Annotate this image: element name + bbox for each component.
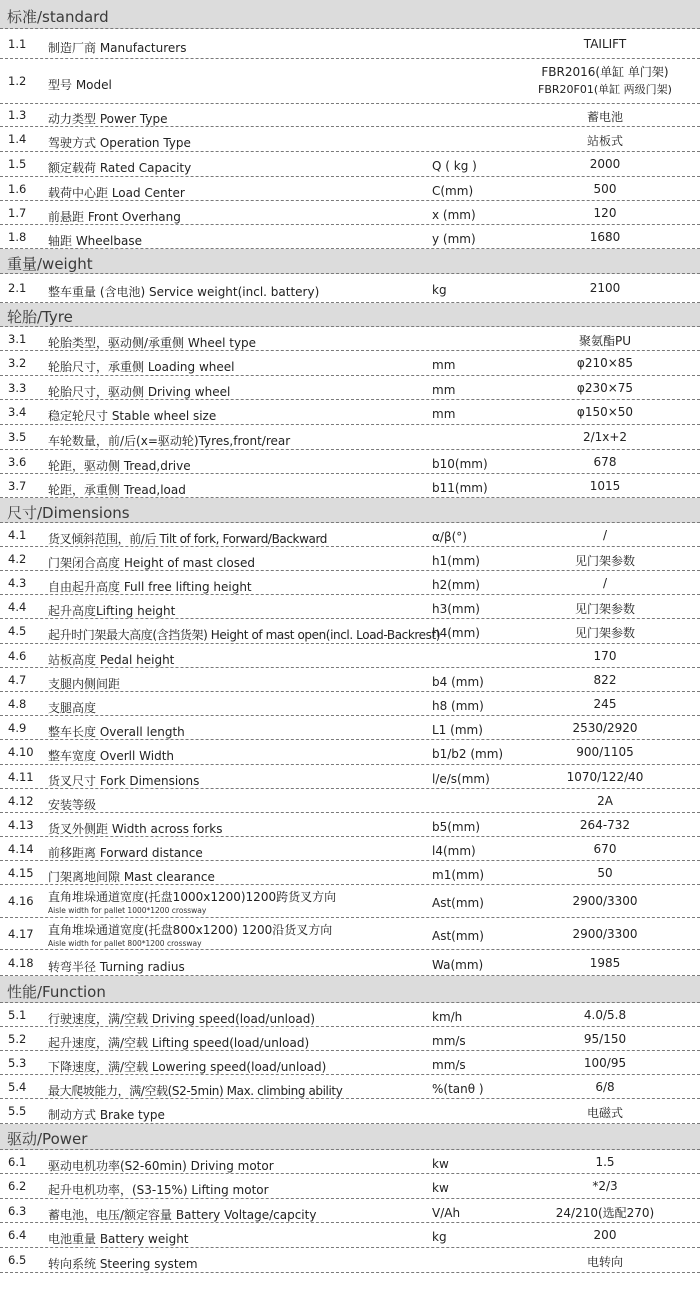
- spec-row: 1.5额定载荷 Rated CapacityQ ( kg )2000: [0, 152, 700, 177]
- row-value: 见门架参数: [520, 624, 690, 641]
- row-description: 转向系统 Steering system: [48, 1255, 198, 1272]
- spec-row: 5.1行驶速度，满/空载 Driving speed(load/unload)k…: [0, 1003, 700, 1027]
- row-description: 轴距 Wheelbase: [48, 232, 142, 249]
- row-value: 蓄电池: [520, 108, 690, 125]
- spec-row: 4.15门架离地间隙 Mast clearancem1(mm)50: [0, 861, 700, 885]
- spec-row: 1.6载荷中心距 Load CenterC(mm)500: [0, 177, 700, 201]
- spec-row: 4.14前移距离 Forward distancel4(mm)670: [0, 837, 700, 861]
- spec-row: 6.4电池重量 Battery weightkg200: [0, 1223, 700, 1248]
- spec-row: 4.16直角堆垛通道宽度(托盘1000x1200)1200跨货叉方向Aisle …: [0, 885, 700, 918]
- row-value: 6/8: [520, 1080, 690, 1094]
- spec-row: 3.4稳定轮尺寸 Stable wheel sizemmφ150×50: [0, 400, 700, 425]
- row-description: 轮胎尺寸，承重侧 Loading wheel: [48, 358, 235, 375]
- section-title: 性能/Function: [7, 981, 106, 1002]
- spec-row: 6.1驱动电机功率(S2-60min) Driving motorkw1.5: [0, 1150, 700, 1174]
- spec-row: 5.3下降速度，满/空载 Lowering speed(load/unload)…: [0, 1051, 700, 1075]
- spec-row: 3.7轮距，承重侧 Tread,loadb11(mm)1015: [0, 474, 700, 498]
- row-number: 6.2: [8, 1179, 26, 1193]
- row-number: 3.1: [8, 332, 26, 346]
- row-value: 170: [520, 649, 690, 663]
- value-line-1: FBR2016(单缸 单门架): [541, 65, 668, 79]
- row-unit: kw: [432, 1181, 449, 1195]
- row-description: 支腿高度: [48, 699, 96, 716]
- row-description: 起升时门架最大高度(含挡货架) Height of mast open(incl…: [48, 626, 440, 643]
- description-sub: Aisle width for pallet 1000*1200 crosswa…: [48, 906, 336, 915]
- row-unit: h4(mm): [432, 626, 480, 640]
- row-value: /: [520, 528, 690, 542]
- row-value: 电转向: [520, 1253, 690, 1270]
- row-value: 200: [520, 1228, 690, 1242]
- row-value: 245: [520, 697, 690, 711]
- section-header: 轮胎/Tyre: [0, 303, 700, 327]
- spec-row: 5.5制动方式 Brake type电磁式: [0, 1099, 700, 1124]
- section-header: 尺寸/Dimensions: [0, 498, 700, 523]
- row-number: 4.15: [8, 866, 34, 880]
- section-title: 重量/weight: [7, 253, 93, 274]
- row-description: 自由起升高度 Full free lifting height: [48, 578, 252, 595]
- spec-row: 2.1整车重量 (含电池) Service weight(incl. batte…: [0, 274, 700, 303]
- spec-row: 5.4最大爬坡能力，满/空载(S2-5min) Max. climbing ab…: [0, 1075, 700, 1099]
- row-description: 整车重量 (含电池) Service weight(incl. battery): [48, 283, 319, 300]
- spec-row: 1.8轴距 Wheelbasey (mm)1680: [0, 225, 700, 249]
- row-number: 3.7: [8, 479, 26, 493]
- spec-row: 4.6站板高度 Pedal height170: [0, 644, 700, 668]
- spec-row: 4.2门架闭合高度 Height of mast closedh1(mm)见门架…: [0, 547, 700, 571]
- row-description: 驾驶方式 Operation Type: [48, 134, 191, 151]
- spec-row: 4.18转弯半径 Turning radiusWa(mm)1985: [0, 950, 700, 976]
- row-number: 4.9: [8, 721, 26, 735]
- spec-row: 6.5转向系统 Steering system电转向: [0, 1248, 700, 1273]
- value-line-2: FBR20F01(单缸 两级门架): [520, 81, 690, 98]
- row-number: 5.2: [8, 1032, 26, 1046]
- spec-row: 1.3动力类型 Power Type蓄电池: [0, 104, 700, 127]
- row-number: 4.3: [8, 576, 26, 590]
- row-unit: b4 (mm): [432, 675, 484, 689]
- row-number: 2.1: [8, 281, 26, 295]
- row-value: φ210×85: [520, 356, 690, 370]
- row-value: 822: [520, 673, 690, 687]
- row-number: 4.17: [8, 927, 34, 941]
- row-description: 起升高度Lifting height: [48, 602, 175, 619]
- spec-row: 3.2轮胎尺寸，承重侧 Loading wheelmmφ210×85: [0, 351, 700, 376]
- row-number: 4.1: [8, 528, 26, 542]
- row-description: 站板高度 Pedal height: [48, 651, 174, 668]
- spec-row: 3.1轮胎类型，驱动侧/承重侧 Wheel type聚氨酯PU: [0, 327, 700, 351]
- description-main: 直角堆垛通道宽度(托盘1000x1200)1200跨货叉方向: [48, 890, 336, 904]
- row-number: 4.4: [8, 600, 26, 614]
- row-value: 1015: [520, 479, 690, 493]
- row-value: 2900/3300: [520, 894, 690, 908]
- row-number: 4.8: [8, 697, 26, 711]
- spec-row: 4.5起升时门架最大高度(含挡货架) Height of mast open(i…: [0, 619, 700, 644]
- row-unit: kg: [432, 283, 447, 297]
- section-title: 标准/standard: [7, 6, 109, 27]
- row-description: 货叉倾斜范围，前/后 Tilt of fork, Forward/Backwar…: [48, 530, 327, 547]
- spec-row: 4.4起升高度Lifting heighth3(mm)见门架参数: [0, 595, 700, 619]
- section-header: 标准/standard: [0, 0, 700, 29]
- row-value: 1.5: [520, 1155, 690, 1169]
- spec-row: 4.12安装等级2A: [0, 789, 700, 813]
- row-value: 4.0/5.8: [520, 1008, 690, 1022]
- row-unit: C(mm): [432, 184, 473, 198]
- row-value: 95/150: [520, 1032, 690, 1046]
- row-number: 4.16: [8, 894, 34, 908]
- row-value: 电磁式: [520, 1104, 690, 1121]
- row-value: 1680: [520, 230, 690, 244]
- row-description: 起升电机功率，(S3-15%) Lifting motor: [48, 1181, 269, 1198]
- row-unit: h1(mm): [432, 554, 480, 568]
- row-unit: m1(mm): [432, 868, 484, 882]
- row-unit: mm: [432, 407, 455, 421]
- row-unit: mm/s: [432, 1058, 466, 1072]
- row-unit: Ast(mm): [432, 896, 484, 910]
- row-value: 24/210(选配270): [520, 1204, 690, 1221]
- row-number: 3.6: [8, 455, 26, 469]
- row-value: 聚氨酯PU: [520, 332, 690, 349]
- row-value: 2000: [520, 157, 690, 171]
- row-number: 4.6: [8, 649, 26, 663]
- row-unit: b11(mm): [432, 481, 488, 495]
- row-value: 50: [520, 866, 690, 880]
- row-unit: kw: [432, 1157, 449, 1171]
- row-description: 门架离地间隙 Mast clearance: [48, 868, 215, 885]
- row-number: 1.7: [8, 206, 26, 220]
- row-value: 900/1105: [520, 745, 690, 759]
- spec-row: 1.4驾驶方式 Operation Type站板式: [0, 127, 700, 152]
- row-number: 4.12: [8, 794, 34, 808]
- section-title: 轮胎/Tyre: [7, 306, 73, 327]
- row-description: 直角堆垛通道宽度(托盘1000x1200)1200跨货叉方向Aisle widt…: [48, 888, 336, 915]
- row-unit: y (mm): [432, 232, 476, 246]
- row-unit: x (mm): [432, 208, 476, 222]
- row-value: 2A: [520, 794, 690, 808]
- row-description: 轮距，驱动侧 Tread,drive: [48, 457, 191, 474]
- section-header: 驱动/Power: [0, 1124, 700, 1150]
- row-unit: h8 (mm): [432, 699, 484, 713]
- row-number: 4.13: [8, 818, 34, 832]
- row-number: 3.4: [8, 405, 26, 419]
- row-description: 转弯半径 Turning radius: [48, 958, 185, 975]
- spec-row: 4.13货叉外侧距 Width across forksb5(mm)264-73…: [0, 813, 700, 837]
- spec-row: 4.7支腿内侧间距b4 (mm)822: [0, 668, 700, 692]
- row-number: 5.1: [8, 1008, 26, 1022]
- row-unit: b10(mm): [432, 457, 488, 471]
- row-description: 门架闭合高度 Height of mast closed: [48, 554, 255, 571]
- row-number: 6.1: [8, 1155, 26, 1169]
- row-value: 2530/2920: [520, 721, 690, 735]
- row-value: 670: [520, 842, 690, 856]
- row-value: 1070/122/40: [520, 770, 690, 784]
- section-title: 驱动/Power: [7, 1128, 87, 1149]
- spec-row: 4.9整车长度 Overall lengthL1 (mm)2530/2920: [0, 716, 700, 740]
- section-header: 重量/weight: [0, 249, 700, 274]
- row-unit: h3(mm): [432, 602, 480, 616]
- description-sub: Aisle width for pallet 800*1200 crossway: [48, 939, 332, 948]
- row-unit: Q ( kg ): [432, 159, 477, 173]
- row-value: FBR2016(单缸 单门架)FBR20F01(单缸 两级门架): [520, 64, 690, 98]
- section-title: 尺寸/Dimensions: [7, 502, 130, 523]
- row-number: 5.5: [8, 1104, 26, 1118]
- row-number: 1.5: [8, 157, 26, 171]
- row-number: 5.3: [8, 1056, 26, 1070]
- description-main: 直角堆垛通道宽度(托盘800x1200) 1200沿货叉方向: [48, 923, 332, 937]
- row-description: 轮距，承重侧 Tread,load: [48, 481, 186, 498]
- row-number: 4.7: [8, 673, 26, 687]
- row-description: 轮胎类型，驱动侧/承重侧 Wheel type: [48, 334, 256, 351]
- row-value: 2900/3300: [520, 927, 690, 941]
- row-unit: mm/s: [432, 1034, 466, 1048]
- spec-row: 4.3自由起升高度 Full free lifting heighth2(mm)…: [0, 571, 700, 595]
- row-number: 4.14: [8, 842, 34, 856]
- row-number: 3.3: [8, 381, 26, 395]
- row-unit: mm: [432, 383, 455, 397]
- row-value: TAILIFT: [520, 37, 690, 51]
- row-number: 5.4: [8, 1080, 26, 1094]
- spec-row: 4.17直角堆垛通道宽度(托盘800x1200) 1200沿货叉方向Aisle …: [0, 918, 700, 950]
- row-value: 264-732: [520, 818, 690, 832]
- row-number: 3.2: [8, 356, 26, 370]
- row-unit: L1 (mm): [432, 723, 483, 737]
- row-description: 起升速度，满/空载 Lifting speed(load/unload): [48, 1034, 309, 1051]
- row-number: 4.10: [8, 745, 34, 759]
- row-number: 4.2: [8, 552, 26, 566]
- row-number: 1.3: [8, 108, 26, 122]
- row-unit: l/e/s(mm): [432, 772, 490, 786]
- section-header: 性能/Function: [0, 976, 700, 1003]
- row-unit: V/Ah: [432, 1206, 460, 1220]
- row-unit: Wa(mm): [432, 958, 483, 972]
- row-description: 直角堆垛通道宽度(托盘800x1200) 1200沿货叉方向Aisle widt…: [48, 921, 332, 948]
- row-value: *2/3: [520, 1179, 690, 1193]
- row-description: 轮胎尺寸，驱动侧 Driving wheel: [48, 383, 230, 400]
- spec-row: 3.3轮胎尺寸，驱动侧 Driving wheelmmφ230×75: [0, 376, 700, 400]
- row-number: 1.4: [8, 132, 26, 146]
- row-unit: b5(mm): [432, 820, 480, 834]
- row-number: 3.5: [8, 430, 26, 444]
- row-description: 型号 Model: [48, 76, 112, 93]
- spec-row: 1.1制造厂商 ManufacturersTAILIFT: [0, 29, 700, 59]
- row-description: 蓄电池，电压/额定容量 Battery Voltage/capcity: [48, 1206, 316, 1223]
- row-description: 最大爬坡能力，满/空载(S2-5min) Max. climbing abili…: [48, 1082, 342, 1099]
- row-number: 4.18: [8, 956, 34, 970]
- row-value: /: [520, 576, 690, 590]
- spec-row: 4.1货叉倾斜范围，前/后 Tilt of fork, Forward/Back…: [0, 523, 700, 547]
- row-description: 整车长度 Overall length: [48, 723, 185, 740]
- row-unit: b1/b2 (mm): [432, 747, 503, 761]
- row-description: 驱动电机功率(S2-60min) Driving motor: [48, 1157, 274, 1174]
- row-value: 500: [520, 182, 690, 196]
- row-description: 前移距离 Forward distance: [48, 844, 203, 861]
- row-value: 见门架参数: [520, 552, 690, 569]
- row-description: 前悬距 Front Overhang: [48, 208, 181, 225]
- row-description: 动力类型 Power Type: [48, 110, 167, 127]
- row-description: 电池重量 Battery weight: [48, 1230, 189, 1247]
- row-number: 4.11: [8, 770, 34, 784]
- row-description: 整车宽度 Overll Width: [48, 747, 174, 764]
- spec-row: 4.8支腿高度h8 (mm)245: [0, 692, 700, 716]
- row-unit: Ast(mm): [432, 929, 484, 943]
- row-number: 1.6: [8, 182, 26, 196]
- row-value: 1985: [520, 956, 690, 970]
- spec-row: 4.11货叉尺寸 Fork Dimensionsl/e/s(mm)1070/12…: [0, 765, 700, 789]
- row-number: 1.8: [8, 230, 26, 244]
- row-description: 额定载荷 Rated Capacity: [48, 159, 191, 176]
- row-value: 见门架参数: [520, 600, 690, 617]
- spec-row: 4.10整车宽度 Overll Widthb1/b2 (mm)900/1105: [0, 740, 700, 765]
- row-unit: km/h: [432, 1010, 462, 1024]
- row-number: 6.4: [8, 1228, 26, 1242]
- spec-sheet: 标准/standard1.1制造厂商 ManufacturersTAILIFT1…: [0, 0, 700, 1292]
- row-number: 6.3: [8, 1204, 26, 1218]
- spec-row: 6.2起升电机功率，(S3-15%) Lifting motorkw*2/3: [0, 1174, 700, 1199]
- row-description: 下降速度，满/空载 Lowering speed(load/unload): [48, 1058, 326, 1075]
- row-description: 支腿内侧间距: [48, 675, 120, 692]
- spec-row: 6.3蓄电池，电压/额定容量 Battery Voltage/capcityV/…: [0, 1199, 700, 1223]
- spec-row: 1.2型号 ModelFBR2016(单缸 单门架)FBR20F01(单缸 两级…: [0, 59, 700, 104]
- spec-row: 3.6轮距，驱动侧 Tread,driveb10(mm)678: [0, 450, 700, 474]
- row-value: 120: [520, 206, 690, 220]
- row-description: 载荷中心距 Load Center: [48, 184, 185, 201]
- row-value: 678: [520, 455, 690, 469]
- row-value: 站板式: [520, 132, 690, 149]
- row-value: 100/95: [520, 1056, 690, 1070]
- row-description: 制造厂商 Manufacturers: [48, 39, 186, 56]
- row-description: 行驶速度，满/空载 Driving speed(load/unload): [48, 1010, 315, 1027]
- row-description: 货叉尺寸 Fork Dimensions: [48, 772, 199, 789]
- row-value: φ230×75: [520, 381, 690, 395]
- row-description: 安装等级: [48, 796, 96, 813]
- row-number: 6.5: [8, 1253, 26, 1267]
- row-unit: h2(mm): [432, 578, 480, 592]
- row-number: 4.5: [8, 624, 26, 638]
- row-value: 2/1x+2: [520, 430, 690, 444]
- row-number: 1.1: [8, 37, 26, 51]
- row-description: 车轮数量，前/后(x=驱动轮)Tyres,front/rear: [48, 432, 290, 449]
- spec-row: 3.5车轮数量，前/后(x=驱动轮)Tyres,front/rear2/1x+2: [0, 425, 700, 450]
- row-unit: mm: [432, 358, 455, 372]
- row-unit: %(tanθ ): [432, 1082, 484, 1096]
- spec-row: 5.2起升速度，满/空载 Lifting speed(load/unload)m…: [0, 1027, 700, 1051]
- row-number: 1.2: [8, 74, 26, 88]
- spec-row: 1.7前悬距 Front Overhangx (mm)120: [0, 201, 700, 225]
- row-description: 稳定轮尺寸 Stable wheel size: [48, 407, 216, 424]
- row-unit: α/β(°): [432, 530, 467, 544]
- row-unit: kg: [432, 1230, 447, 1244]
- row-unit: l4(mm): [432, 844, 476, 858]
- row-value: φ150×50: [520, 405, 690, 419]
- row-description: 货叉外侧距 Width across forks: [48, 820, 222, 837]
- row-value: 2100: [520, 281, 690, 295]
- row-description: 制动方式 Brake type: [48, 1106, 165, 1123]
